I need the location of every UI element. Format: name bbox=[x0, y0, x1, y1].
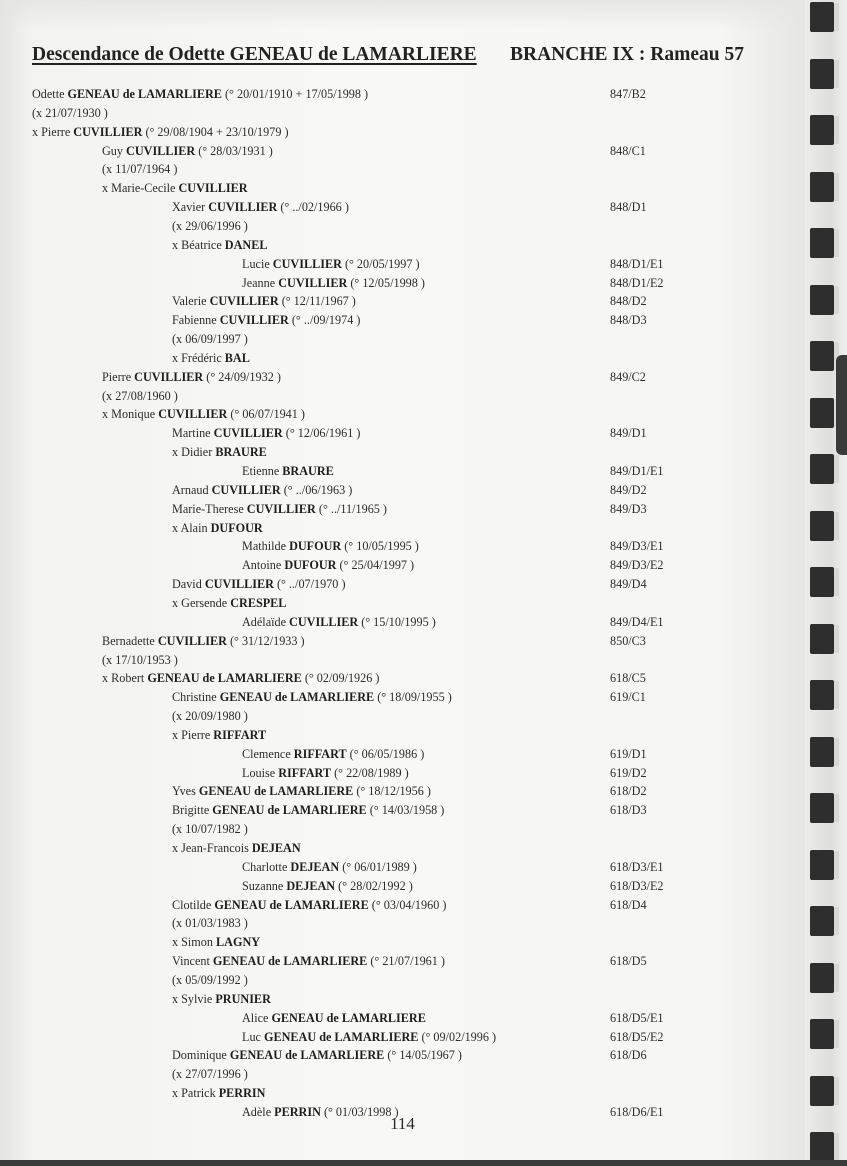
marriage-marker: x bbox=[102, 181, 111, 195]
surname: BRAURE bbox=[215, 445, 266, 459]
surname: CUVILLIER bbox=[126, 144, 195, 158]
life-dates: (° 10/05/1995 ) bbox=[344, 539, 419, 553]
surname: LAGNY bbox=[216, 935, 260, 949]
genealogy-entry: x Robert GENEAU de LAMARLIERE (° 02/09/1… bbox=[102, 670, 379, 686]
binding-hole bbox=[810, 567, 834, 597]
genealogy-entry: Valerie CUVILLIER (° 12/11/1967 ) bbox=[172, 293, 356, 309]
first-name: Guy bbox=[102, 144, 126, 158]
binding-hole bbox=[810, 511, 834, 541]
marriage-marker: x bbox=[172, 596, 181, 610]
genealogy-entry: Dominique GENEAU de LAMARLIERE (° 14/05/… bbox=[172, 1047, 462, 1063]
surname: DEJEAN bbox=[252, 841, 301, 855]
life-dates: (° ../02/1966 ) bbox=[280, 200, 349, 214]
first-name: Yves bbox=[172, 784, 199, 798]
surname: GENEAU de LAMARLIERE bbox=[212, 803, 366, 817]
life-dates: (x 05/09/1992 ) bbox=[172, 973, 248, 987]
genealogy-entry: x Marie-Cecile CUVILLIER bbox=[102, 180, 248, 196]
reference-code: 618/D5/E1 bbox=[610, 1010, 664, 1026]
genealogy-entry: (x 05/09/1992 ) bbox=[172, 972, 248, 988]
genealogy-entry: x Béatrice DANEL bbox=[172, 237, 267, 253]
surname: DUFOUR bbox=[289, 539, 341, 553]
reference-code: 849/C2 bbox=[610, 369, 646, 385]
genealogy-entry: Etienne BRAURE bbox=[242, 463, 334, 479]
first-name: Didier bbox=[181, 445, 215, 459]
reference-code: 850/C3 bbox=[610, 633, 646, 649]
first-name: Sylvie bbox=[181, 992, 215, 1006]
genealogy-entry: (x 20/09/1980 ) bbox=[172, 708, 248, 724]
first-name: Martine bbox=[172, 426, 214, 440]
surname: BRAURE bbox=[282, 464, 333, 478]
surname: GENEAU de LAMARLIERE bbox=[213, 954, 367, 968]
life-dates: (x 27/07/1996 ) bbox=[172, 1067, 248, 1081]
genealogy-entry: (x 29/06/1996 ) bbox=[172, 218, 248, 234]
document-page: Descendance de Odette GENEAU de LAMARLIE… bbox=[0, 0, 847, 1166]
genealogy-entry: Lucie CUVILLIER (° 20/05/1997 ) bbox=[242, 256, 420, 272]
genealogy-entry: x Didier BRAURE bbox=[172, 444, 267, 460]
life-dates: (° 12/05/1998 ) bbox=[350, 276, 425, 290]
first-name: Louise bbox=[242, 766, 278, 780]
life-dates: (° 21/07/1961 ) bbox=[370, 954, 445, 968]
surname: CUVILLIER bbox=[73, 125, 142, 139]
reference-code: 618/D3/E1 bbox=[610, 859, 664, 875]
reference-code: 848/C1 bbox=[610, 143, 646, 159]
reference-code: 619/D1 bbox=[610, 746, 647, 762]
marriage-marker: x bbox=[172, 238, 181, 252]
life-dates: (° 12/11/1967 ) bbox=[282, 294, 356, 308]
first-name: Jeanne bbox=[242, 276, 278, 290]
genealogy-entry: Luc GENEAU de LAMARLIERE (° 09/02/1996 ) bbox=[242, 1029, 496, 1045]
surname: CUVILLIER bbox=[158, 634, 227, 648]
marriage-marker: x bbox=[172, 992, 181, 1006]
surname: GENEAU de LAMARLIERE bbox=[214, 898, 368, 912]
marriage-marker: x bbox=[102, 671, 111, 685]
marriage-marker: x bbox=[172, 1086, 181, 1100]
reference-code: 618/D3 bbox=[610, 802, 647, 818]
genealogy-entry: x Frédéric BAL bbox=[172, 350, 250, 366]
genealogy-entry: Alice GENEAU de LAMARLIERE bbox=[242, 1010, 426, 1026]
marriage-marker: x bbox=[172, 841, 181, 855]
genealogy-entry: (x 01/03/1983 ) bbox=[172, 915, 248, 931]
genealogy-entry: x Patrick PERRIN bbox=[172, 1085, 265, 1101]
surname: RIFFART bbox=[213, 728, 266, 742]
genealogy-entry: x Jean-Francois DEJEAN bbox=[172, 840, 301, 856]
first-name: Patrick bbox=[181, 1086, 219, 1100]
life-dates: (x 29/06/1996 ) bbox=[172, 219, 248, 233]
marriage-marker: x bbox=[102, 407, 111, 421]
life-dates: (° 29/08/1904 + 23/10/1979 ) bbox=[145, 125, 288, 139]
first-name: Pierre bbox=[41, 125, 73, 139]
binding-hole bbox=[810, 624, 834, 654]
genealogy-entry: Mathilde DUFOUR (° 10/05/1995 ) bbox=[242, 538, 419, 554]
binding-hole bbox=[810, 850, 834, 880]
life-dates: (° 09/02/1996 ) bbox=[421, 1030, 496, 1044]
binding-hole bbox=[810, 454, 834, 484]
life-dates: (x 21/07/1930 ) bbox=[32, 106, 108, 120]
life-dates: (° 28/03/1931 ) bbox=[198, 144, 273, 158]
first-name: Etienne bbox=[242, 464, 282, 478]
genealogy-entry: x Monique CUVILLIER (° 06/07/1941 ) bbox=[102, 406, 305, 422]
life-dates: (° ../07/1970 ) bbox=[277, 577, 346, 591]
first-name: Alice bbox=[242, 1011, 271, 1025]
life-dates: (° 06/01/1989 ) bbox=[342, 860, 417, 874]
first-name: Robert bbox=[111, 671, 147, 685]
first-name: Christine bbox=[172, 690, 220, 704]
binding-hole bbox=[810, 59, 834, 89]
surname: CUVILLIER bbox=[247, 502, 316, 516]
life-dates: (° 25/04/1997 ) bbox=[340, 558, 415, 572]
surname: RIFFART bbox=[278, 766, 331, 780]
surname: CUVILLIER bbox=[214, 426, 283, 440]
reference-code: 848/D2 bbox=[610, 293, 647, 309]
first-name: Pierre bbox=[102, 370, 134, 384]
genealogy-entry: (x 21/07/1930 ) bbox=[32, 105, 108, 121]
life-dates: (° 18/12/1956 ) bbox=[356, 784, 431, 798]
life-dates: (° 12/06/1961 ) bbox=[286, 426, 361, 440]
reference-code: 849/D4 bbox=[610, 576, 647, 592]
life-dates: (° 14/03/1958 ) bbox=[370, 803, 445, 817]
binding-hole bbox=[810, 172, 834, 202]
surname: DEJEAN bbox=[286, 879, 335, 893]
life-dates: (° 06/07/1941 ) bbox=[230, 407, 305, 421]
genealogy-entry: Yves GENEAU de LAMARLIERE (° 18/12/1956 … bbox=[172, 783, 431, 799]
surname: CUVILLIER bbox=[134, 370, 203, 384]
genealogy-entry: (x 11/07/1964 ) bbox=[102, 161, 177, 177]
genealogy-entry: x Alain DUFOUR bbox=[172, 520, 263, 536]
life-dates: (x 11/07/1964 ) bbox=[102, 162, 177, 176]
genealogy-entry: (x 27/07/1996 ) bbox=[172, 1066, 248, 1082]
reference-code: 848/D3 bbox=[610, 312, 647, 328]
surname: DEJEAN bbox=[290, 860, 339, 874]
genealogy-entry: (x 06/09/1997 ) bbox=[172, 331, 248, 347]
surname: GENEAU de LAMARLIERE bbox=[264, 1030, 418, 1044]
life-dates: (° ../06/1963 ) bbox=[284, 483, 353, 497]
first-name: Pierre bbox=[181, 728, 213, 742]
genealogy-entry: Brigitte GENEAU de LAMARLIERE (° 14/03/1… bbox=[172, 802, 444, 818]
reference-code: 618/D6 bbox=[610, 1047, 647, 1063]
first-name: Xavier bbox=[172, 200, 208, 214]
genealogy-entry: x Gersende CRESPEL bbox=[172, 595, 286, 611]
reference-code: 619/D2 bbox=[610, 765, 647, 781]
life-dates: (° 24/09/1932 ) bbox=[206, 370, 281, 384]
surname: PRUNIER bbox=[215, 992, 271, 1006]
surname: DUFOUR bbox=[211, 521, 263, 535]
life-dates: (° 20/05/1997 ) bbox=[345, 257, 420, 271]
genealogy-entry: Clemence RIFFART (° 06/05/1986 ) bbox=[242, 746, 424, 762]
first-name: Jean-Francois bbox=[181, 841, 252, 855]
reference-code: 848/D1 bbox=[610, 199, 647, 215]
first-name: Valerie bbox=[172, 294, 210, 308]
genealogy-entry: Charlotte DEJEAN (° 06/01/1989 ) bbox=[242, 859, 417, 875]
life-dates: (° ../11/1965 ) bbox=[319, 502, 387, 516]
surname: CUVILLIER bbox=[208, 200, 277, 214]
surname: GENEAU de LAMARLIERE bbox=[220, 690, 374, 704]
surname: CUVILLIER bbox=[289, 615, 358, 629]
surname: CUVILLIER bbox=[158, 407, 227, 421]
life-dates: (° 06/05/1986 ) bbox=[350, 747, 425, 761]
binding-hole bbox=[810, 341, 834, 371]
surname: GENEAU de LAMARLIERE bbox=[199, 784, 353, 798]
genealogy-entry: Suzanne DEJEAN (° 28/02/1992 ) bbox=[242, 878, 413, 894]
binding-hole bbox=[810, 737, 834, 767]
surname: CUVILLIER bbox=[220, 313, 289, 327]
page-bottom-edge bbox=[0, 1160, 847, 1166]
surname: CUVILLIER bbox=[205, 577, 274, 591]
genealogy-entry: (x 17/10/1953 ) bbox=[102, 652, 178, 668]
genealogy-entry: x Pierre RIFFART bbox=[172, 727, 266, 743]
genealogy-entry: Christine GENEAU de LAMARLIERE (° 18/09/… bbox=[172, 689, 452, 705]
genealogy-entry: x Simon LAGNY bbox=[172, 934, 260, 950]
binding-hole bbox=[810, 680, 834, 710]
heading-branch: BRANCHE IX : Rameau 57 bbox=[510, 44, 744, 66]
life-dates: (° 31/12/1933 ) bbox=[230, 634, 305, 648]
genealogy-entry: Odette GENEAU de LAMARLIERE (° 20/01/191… bbox=[32, 86, 368, 102]
reference-code: 618/D5/E2 bbox=[610, 1029, 664, 1045]
life-dates: (x 27/08/1960 ) bbox=[102, 389, 178, 403]
reference-code: 618/D5 bbox=[610, 953, 647, 969]
binding-hole bbox=[810, 1076, 834, 1106]
marriage-marker: x bbox=[172, 935, 181, 949]
genealogy-entry: Martine CUVILLIER (° 12/06/1961 ) bbox=[172, 425, 360, 441]
first-name: Lucie bbox=[242, 257, 273, 271]
first-name: Béatrice bbox=[181, 238, 225, 252]
first-name: Suzanne bbox=[242, 879, 286, 893]
genealogy-entry: Guy CUVILLIER (° 28/03/1931 ) bbox=[102, 143, 273, 159]
genealogy-entry: Vincent GENEAU de LAMARLIERE (° 21/07/19… bbox=[172, 953, 445, 969]
binding-hole bbox=[810, 906, 834, 936]
reference-code: 849/D1 bbox=[610, 425, 647, 441]
marriage-marker: x bbox=[172, 445, 181, 459]
reference-code: 619/C1 bbox=[610, 689, 646, 705]
genealogy-entry: x Sylvie PRUNIER bbox=[172, 991, 271, 1007]
first-name: Frédéric bbox=[181, 351, 225, 365]
genealogy-entry: Marie-Therese CUVILLIER (° ../11/1965 ) bbox=[172, 501, 387, 517]
life-dates: (° 28/02/1992 ) bbox=[338, 879, 413, 893]
genealogy-entry: Pierre CUVILLIER (° 24/09/1932 ) bbox=[102, 369, 281, 385]
heading-title: Descendance de Odette GENEAU de LAMARLIE… bbox=[32, 44, 477, 66]
page-number: 114 bbox=[0, 1114, 805, 1134]
binding-hole bbox=[810, 963, 834, 993]
reference-code: 618/C5 bbox=[610, 670, 646, 686]
first-name: Clotilde bbox=[172, 898, 214, 912]
reference-code: 849/D3 bbox=[610, 501, 647, 517]
life-dates: (x 17/10/1953 ) bbox=[102, 653, 178, 667]
reference-code: 849/D3/E2 bbox=[610, 557, 664, 573]
genealogy-entry: Jeanne CUVILLIER (° 12/05/1998 ) bbox=[242, 275, 425, 291]
scan-shadow-top bbox=[0, 0, 800, 30]
binding-hole bbox=[810, 1132, 834, 1162]
page-edge-shadow bbox=[836, 355, 847, 455]
reference-code: 618/D2 bbox=[610, 783, 647, 799]
first-name: Clemence bbox=[242, 747, 294, 761]
first-name: Simon bbox=[181, 935, 216, 949]
binding-hole bbox=[810, 398, 834, 428]
life-dates: (° 22/08/1989 ) bbox=[334, 766, 409, 780]
binding-hole bbox=[810, 1019, 834, 1049]
first-name: Odette bbox=[32, 87, 68, 101]
surname: CUVILLIER bbox=[273, 257, 342, 271]
reference-code: 849/D2 bbox=[610, 482, 647, 498]
first-name: Marie-Cecile bbox=[111, 181, 178, 195]
genealogy-entry: x Pierre CUVILLIER (° 29/08/1904 + 23/10… bbox=[32, 124, 289, 140]
binding-hole bbox=[810, 115, 834, 145]
first-name: Vincent bbox=[172, 954, 213, 968]
life-dates: (x 06/09/1997 ) bbox=[172, 332, 248, 346]
reference-code: 848/D1/E1 bbox=[610, 256, 664, 272]
genealogy-entry: Adélaïde CUVILLIER (° 15/10/1995 ) bbox=[242, 614, 436, 630]
genealogy-entry: Fabienne CUVILLIER (° ../09/1974 ) bbox=[172, 312, 360, 328]
life-dates: (° 18/09/1955 ) bbox=[377, 690, 452, 704]
genealogy-entry: Antoine DUFOUR (° 25/04/1997 ) bbox=[242, 557, 414, 573]
surname: CUVILLIER bbox=[178, 181, 247, 195]
binding-hole bbox=[810, 228, 834, 258]
surname: CRESPEL bbox=[230, 596, 286, 610]
first-name: Dominique bbox=[172, 1048, 230, 1062]
first-name: Luc bbox=[242, 1030, 264, 1044]
marriage-marker: x bbox=[172, 351, 181, 365]
first-name: Antoine bbox=[242, 558, 284, 572]
reference-code: 618/D3/E2 bbox=[610, 878, 664, 894]
page-heading: Descendance de Odette GENEAU de LAMARLIE… bbox=[32, 44, 772, 72]
reference-code: 618/D4 bbox=[610, 897, 647, 913]
surname: DANEL bbox=[225, 238, 268, 252]
first-name: Monique bbox=[111, 407, 158, 421]
reference-code: 849/D1/E1 bbox=[610, 463, 664, 479]
surname: BAL bbox=[225, 351, 250, 365]
surname: DUFOUR bbox=[284, 558, 336, 572]
reference-code: 849/D3/E1 bbox=[610, 538, 664, 554]
genealogy-entry: (x 10/07/1982 ) bbox=[172, 821, 248, 837]
genealogy-entry: Clotilde GENEAU de LAMARLIERE (° 03/04/1… bbox=[172, 897, 446, 913]
life-dates: (° 15/10/1995 ) bbox=[361, 615, 436, 629]
first-name: Charlotte bbox=[242, 860, 290, 874]
first-name: Gersende bbox=[181, 596, 230, 610]
first-name: Adélaïde bbox=[242, 615, 289, 629]
binding-hole bbox=[810, 285, 834, 315]
first-name: David bbox=[172, 577, 205, 591]
genealogy-entry: Xavier CUVILLIER (° ../02/1966 ) bbox=[172, 199, 349, 215]
first-name: Bernadette bbox=[102, 634, 158, 648]
life-dates: (° 02/09/1926 ) bbox=[305, 671, 380, 685]
reference-code: 847/B2 bbox=[610, 86, 646, 102]
genealogy-entry: Arnaud CUVILLIER (° ../06/1963 ) bbox=[172, 482, 352, 498]
surname: CUVILLIER bbox=[210, 294, 279, 308]
life-dates: (° 03/04/1960 ) bbox=[372, 898, 447, 912]
life-dates: (x 20/09/1980 ) bbox=[172, 709, 248, 723]
genealogy-entry: Louise RIFFART (° 22/08/1989 ) bbox=[242, 765, 409, 781]
surname: GENEAU de LAMARLIERE bbox=[230, 1048, 384, 1062]
life-dates: (° ../09/1974 ) bbox=[292, 313, 361, 327]
life-dates: (° 14/05/1967 ) bbox=[387, 1048, 462, 1062]
binding-hole bbox=[810, 2, 834, 32]
reference-code: 848/D1/E2 bbox=[610, 275, 664, 291]
surname: GENEAU de LAMARLIERE bbox=[271, 1011, 425, 1025]
first-name: Fabienne bbox=[172, 313, 220, 327]
genealogy-entry: David CUVILLIER (° ../07/1970 ) bbox=[172, 576, 346, 592]
reference-code: 849/D4/E1 bbox=[610, 614, 664, 630]
first-name: Arnaud bbox=[172, 483, 212, 497]
scan-shadow-left bbox=[0, 0, 30, 1166]
life-dates: (° 20/01/1910 + 17/05/1998 ) bbox=[225, 87, 368, 101]
life-dates: (x 01/03/1983 ) bbox=[172, 916, 248, 930]
genealogy-entry: Bernadette CUVILLIER (° 31/12/1933 ) bbox=[102, 633, 305, 649]
first-name: Mathilde bbox=[242, 539, 289, 553]
surname: RIFFART bbox=[294, 747, 347, 761]
surname: GENEAU de LAMARLIERE bbox=[147, 671, 301, 685]
genealogy-entry: (x 27/08/1960 ) bbox=[102, 388, 178, 404]
marriage-marker: x bbox=[172, 728, 181, 742]
surname: CUVILLIER bbox=[212, 483, 281, 497]
marriage-marker: x bbox=[32, 125, 41, 139]
binding-hole bbox=[810, 793, 834, 823]
life-dates: (x 10/07/1982 ) bbox=[172, 822, 248, 836]
surname: PERRIN bbox=[219, 1086, 266, 1100]
first-name: Alain bbox=[180, 521, 210, 535]
surname: CUVILLIER bbox=[278, 276, 347, 290]
first-name: Brigitte bbox=[172, 803, 212, 817]
first-name: Marie-Therese bbox=[172, 502, 247, 516]
surname: GENEAU de LAMARLIERE bbox=[68, 87, 222, 101]
